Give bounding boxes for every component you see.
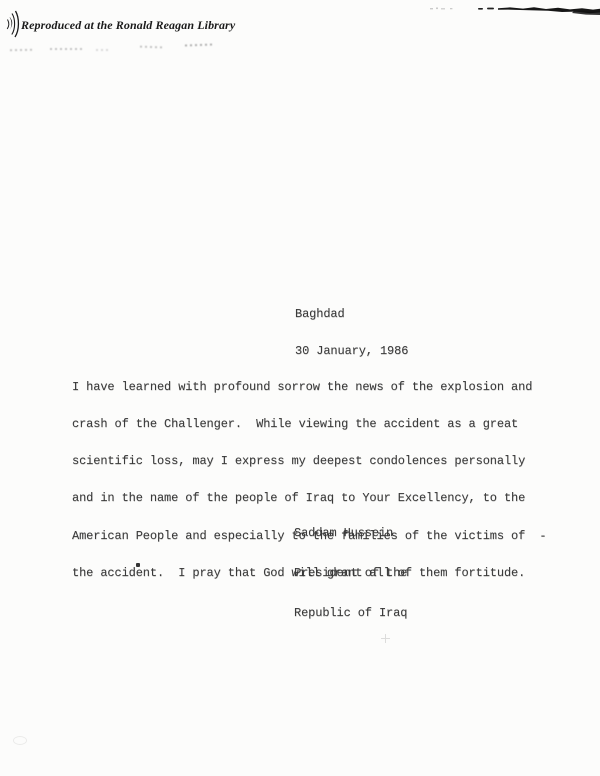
scan-smudge [10, 49, 32, 51]
scanned-letter-page: Reproduced at the Ronald Reagan Library … [0, 0, 600, 776]
letter-body-line: crash of the Challenger. While viewing t… [72, 418, 546, 430]
signature-block: Saddam Hussein President of the Republic… [294, 501, 407, 646]
letter-body-line: I have learned with profound sorrow the … [72, 381, 546, 393]
signature-organization: Republic of Iraq [294, 607, 407, 620]
faint-registration-mark [381, 634, 390, 643]
signature-title: President of the [294, 567, 407, 580]
scan-smudge [96, 49, 110, 51]
signature-name: Saddam Hussein [294, 527, 407, 540]
scan-smudge [50, 48, 84, 50]
reagan-library-stamp-icon [4, 9, 20, 44]
letter-body-line: scientific loss, may I express my deepes… [72, 455, 546, 467]
dateline-city: Baghdad [295, 308, 408, 320]
reproduction-stamp-text: Reproduced at the Ronald Reagan Library [21, 18, 235, 33]
faint-scan-ring [13, 736, 27, 745]
stray-ink-dot [136, 563, 140, 567]
scan-smudge [140, 46, 162, 49]
scan-streak-artifact [360, 0, 600, 27]
scan-smudge [185, 44, 213, 47]
